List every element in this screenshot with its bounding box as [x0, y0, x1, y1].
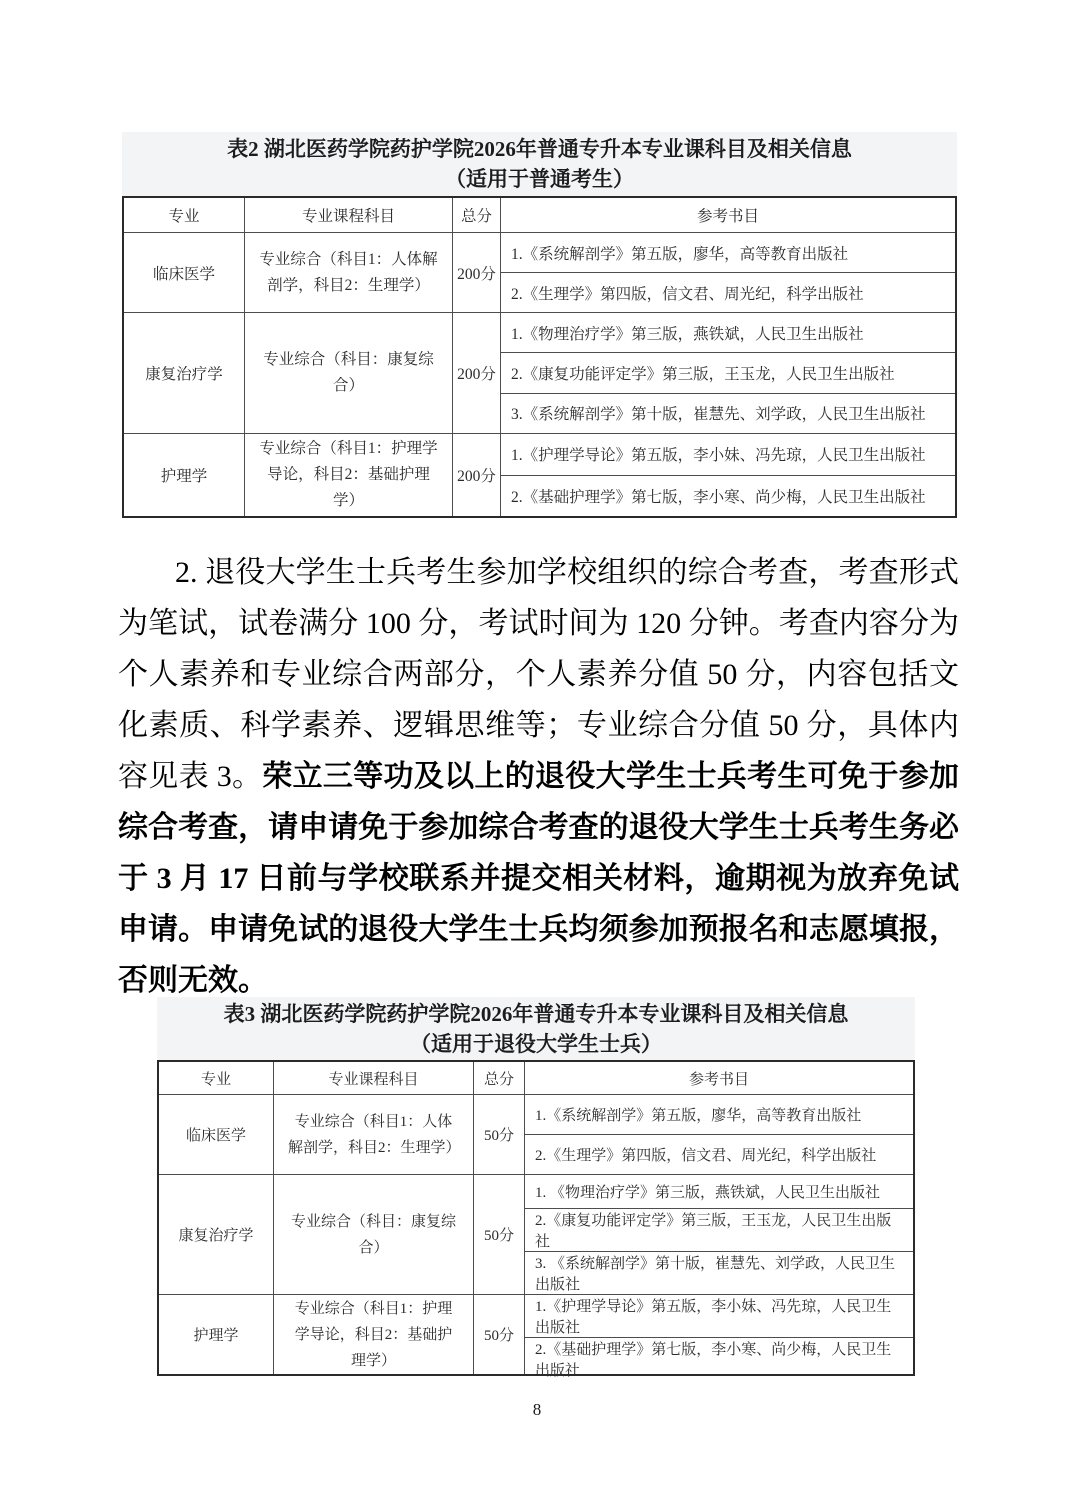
table3-row1-books: 1.《系统解剖学》第五版，廖华，高等教育出版社 2.《生理学》第四版，信文君、周…: [524, 1094, 913, 1174]
table3-row1-subjects: 专业综合（科目1：人体解剖学，科目2：生理学）: [273, 1094, 473, 1174]
table3-row3-subjects: 专业综合（科目1：护理学导论，科目2：基础护理学）: [273, 1294, 473, 1374]
table2-row1-books: 1.《系统解剖学》第五版，廖华，高等教育出版社 2.《生理学》第四版，信文君、周…: [500, 232, 955, 312]
table2-row1-major: 临床医学: [124, 232, 244, 312]
book-item: 1. 《物理治疗学》第三版，燕铁斌，人民卫生出版社: [525, 1175, 913, 1208]
book-item: 2.《生理学》第四版，信文君、周光纪，科学出版社: [501, 272, 955, 312]
table2-row2-books: 1.《物理治疗学》第三版，燕铁斌，人民卫生出版社 2.《康复功能评定学》第三版，…: [500, 312, 955, 433]
book-item: 1.《系统解剖学》第五版，廖华，高等教育出版社: [525, 1095, 913, 1134]
table3-row2-books: 1. 《物理治疗学》第三版，燕铁斌，人民卫生出版社 2.《康复功能评定学》第三版…: [524, 1174, 913, 1294]
book-item: 1.《护理学导论》第五版，李小妹、冯先琼，人民卫生出版社: [525, 1295, 913, 1337]
table3-row1-major: 临床医学: [159, 1094, 273, 1174]
table3-title-line1: 表3 湖北医药学院药护学院2026年普通专升本专业课科目及相关信息: [157, 999, 915, 1029]
table3-row2-subjects: 专业综合（科目：康复综合）: [273, 1174, 473, 1294]
table2-column-header-books: 参考书目: [500, 198, 955, 232]
book-item: 1.《物理治疗学》第三版，燕铁斌，人民卫生出版社: [501, 313, 955, 352]
book-item: 3.《系统解剖学》第十版，崔慧先、刘学政，人民卫生出版社: [501, 393, 955, 433]
page-number: 8: [0, 1400, 1074, 1420]
book-item: 2.《康复功能评定学》第三版，王玉龙，人民卫生出版社: [525, 1208, 913, 1251]
table2-title-line2: （适用于普通考生）: [122, 164, 957, 194]
paragraph-normal-text: 2. 退役大学生士兵考生参加学校组织的综合考查，考查形式为笔试，试卷满分 100…: [118, 556, 959, 793]
table3-row1-score: 50分: [473, 1094, 524, 1174]
book-item: 3. 《系统解剖学》第十版，崔慧先、刘学政，人民卫生出版社: [525, 1251, 913, 1294]
table3-row2-major: 康复治疗学: [159, 1174, 273, 1294]
table2-row2-major: 康复治疗学: [124, 312, 244, 433]
table3-grid: 专业 专业课程科目 总分 参考书目 临床医学 专业综合（科目1：人体解剖学，科目…: [157, 1060, 915, 1376]
table2-title-line1: 表2 湖北医药学院药护学院2026年普通专升本专业课科目及相关信息: [122, 134, 957, 164]
table3: 表3 湖北医药学院药护学院2026年普通专升本专业课科目及相关信息 （适用于退役…: [157, 997, 915, 1376]
table2-row3-subjects: 专业综合（科目1：护理学导论，科目2：基础护理学）: [244, 433, 452, 516]
table3-row3-score: 50分: [473, 1294, 524, 1374]
table2-row2-subjects: 专业综合（科目：康复综合）: [244, 312, 452, 433]
table2-row2-score: 200分: [452, 312, 500, 433]
table2-row3-books: 1.《护理学导论》第五版，李小妹、冯先琼，人民卫生出版社 2.《基础护理学》第七…: [500, 433, 955, 516]
table3-column-header-major: 专业: [159, 1062, 273, 1094]
table3-row2-score: 50分: [473, 1174, 524, 1294]
table2-column-header-score: 总分: [452, 198, 500, 232]
table2-title: 表2 湖北医药学院药护学院2026年普通专升本专业课科目及相关信息 （适用于普通…: [122, 132, 957, 196]
table2-grid: 专业 专业课程科目 总分 参考书目 临床医学 专业综合（科目1：人体解剖学，科目…: [122, 196, 957, 518]
table3-column-header-score: 总分: [473, 1062, 524, 1094]
body-paragraph: 2. 退役大学生士兵考生参加学校组织的综合考查，考查形式为笔试，试卷满分 100…: [118, 547, 959, 1006]
table3-row3-books: 1.《护理学导论》第五版，李小妹、冯先琼，人民卫生出版社 2.《基础护理学》第七…: [524, 1294, 913, 1374]
book-item: 1.《系统解剖学》第五版，廖华，高等教育出版社: [501, 233, 955, 272]
book-item: 2.《生理学》第四版，信文君、周光纪，科学出版社: [525, 1134, 913, 1174]
table3-column-header-subjects: 专业课程科目: [273, 1062, 473, 1094]
table2-row3-major: 护理学: [124, 433, 244, 516]
table2-column-header-major: 专业: [124, 198, 244, 232]
table2-row1-score: 200分: [452, 232, 500, 312]
book-item: 1.《护理学导论》第五版，李小妹、冯先琼，人民卫生出版社: [501, 434, 955, 475]
table3-title: 表3 湖北医药学院药护学院2026年普通专升本专业课科目及相关信息 （适用于退役…: [157, 997, 915, 1060]
table2-row3-score: 200分: [452, 433, 500, 516]
table3-column-header-books: 参考书目: [524, 1062, 913, 1094]
table2-column-header-subjects: 专业课程科目: [244, 198, 452, 232]
book-item: 2.《基础护理学》第七版，李小寒、尚少梅，人民卫生出版社: [525, 1337, 913, 1380]
table3-title-line2: （适用于退役大学生士兵）: [157, 1029, 915, 1059]
table2-row1-subjects: 专业综合（科目1：人体解剖学，科目2：生理学）: [244, 232, 452, 312]
table2: 表2 湖北医药学院药护学院2026年普通专升本专业课科目及相关信息 （适用于普通…: [122, 132, 957, 518]
paragraph-bold-text: 荣立三等功及以上的退役大学生士兵考生可免于参加综合考查，请申请免于参加综合考查的…: [118, 760, 959, 997]
table3-row3-major: 护理学: [159, 1294, 273, 1374]
book-item: 2.《康复功能评定学》第三版，王玉龙，人民卫生出版社: [501, 352, 955, 392]
book-item: 2.《基础护理学》第七版，李小寒、尚少梅，人民卫生出版社: [501, 475, 955, 517]
